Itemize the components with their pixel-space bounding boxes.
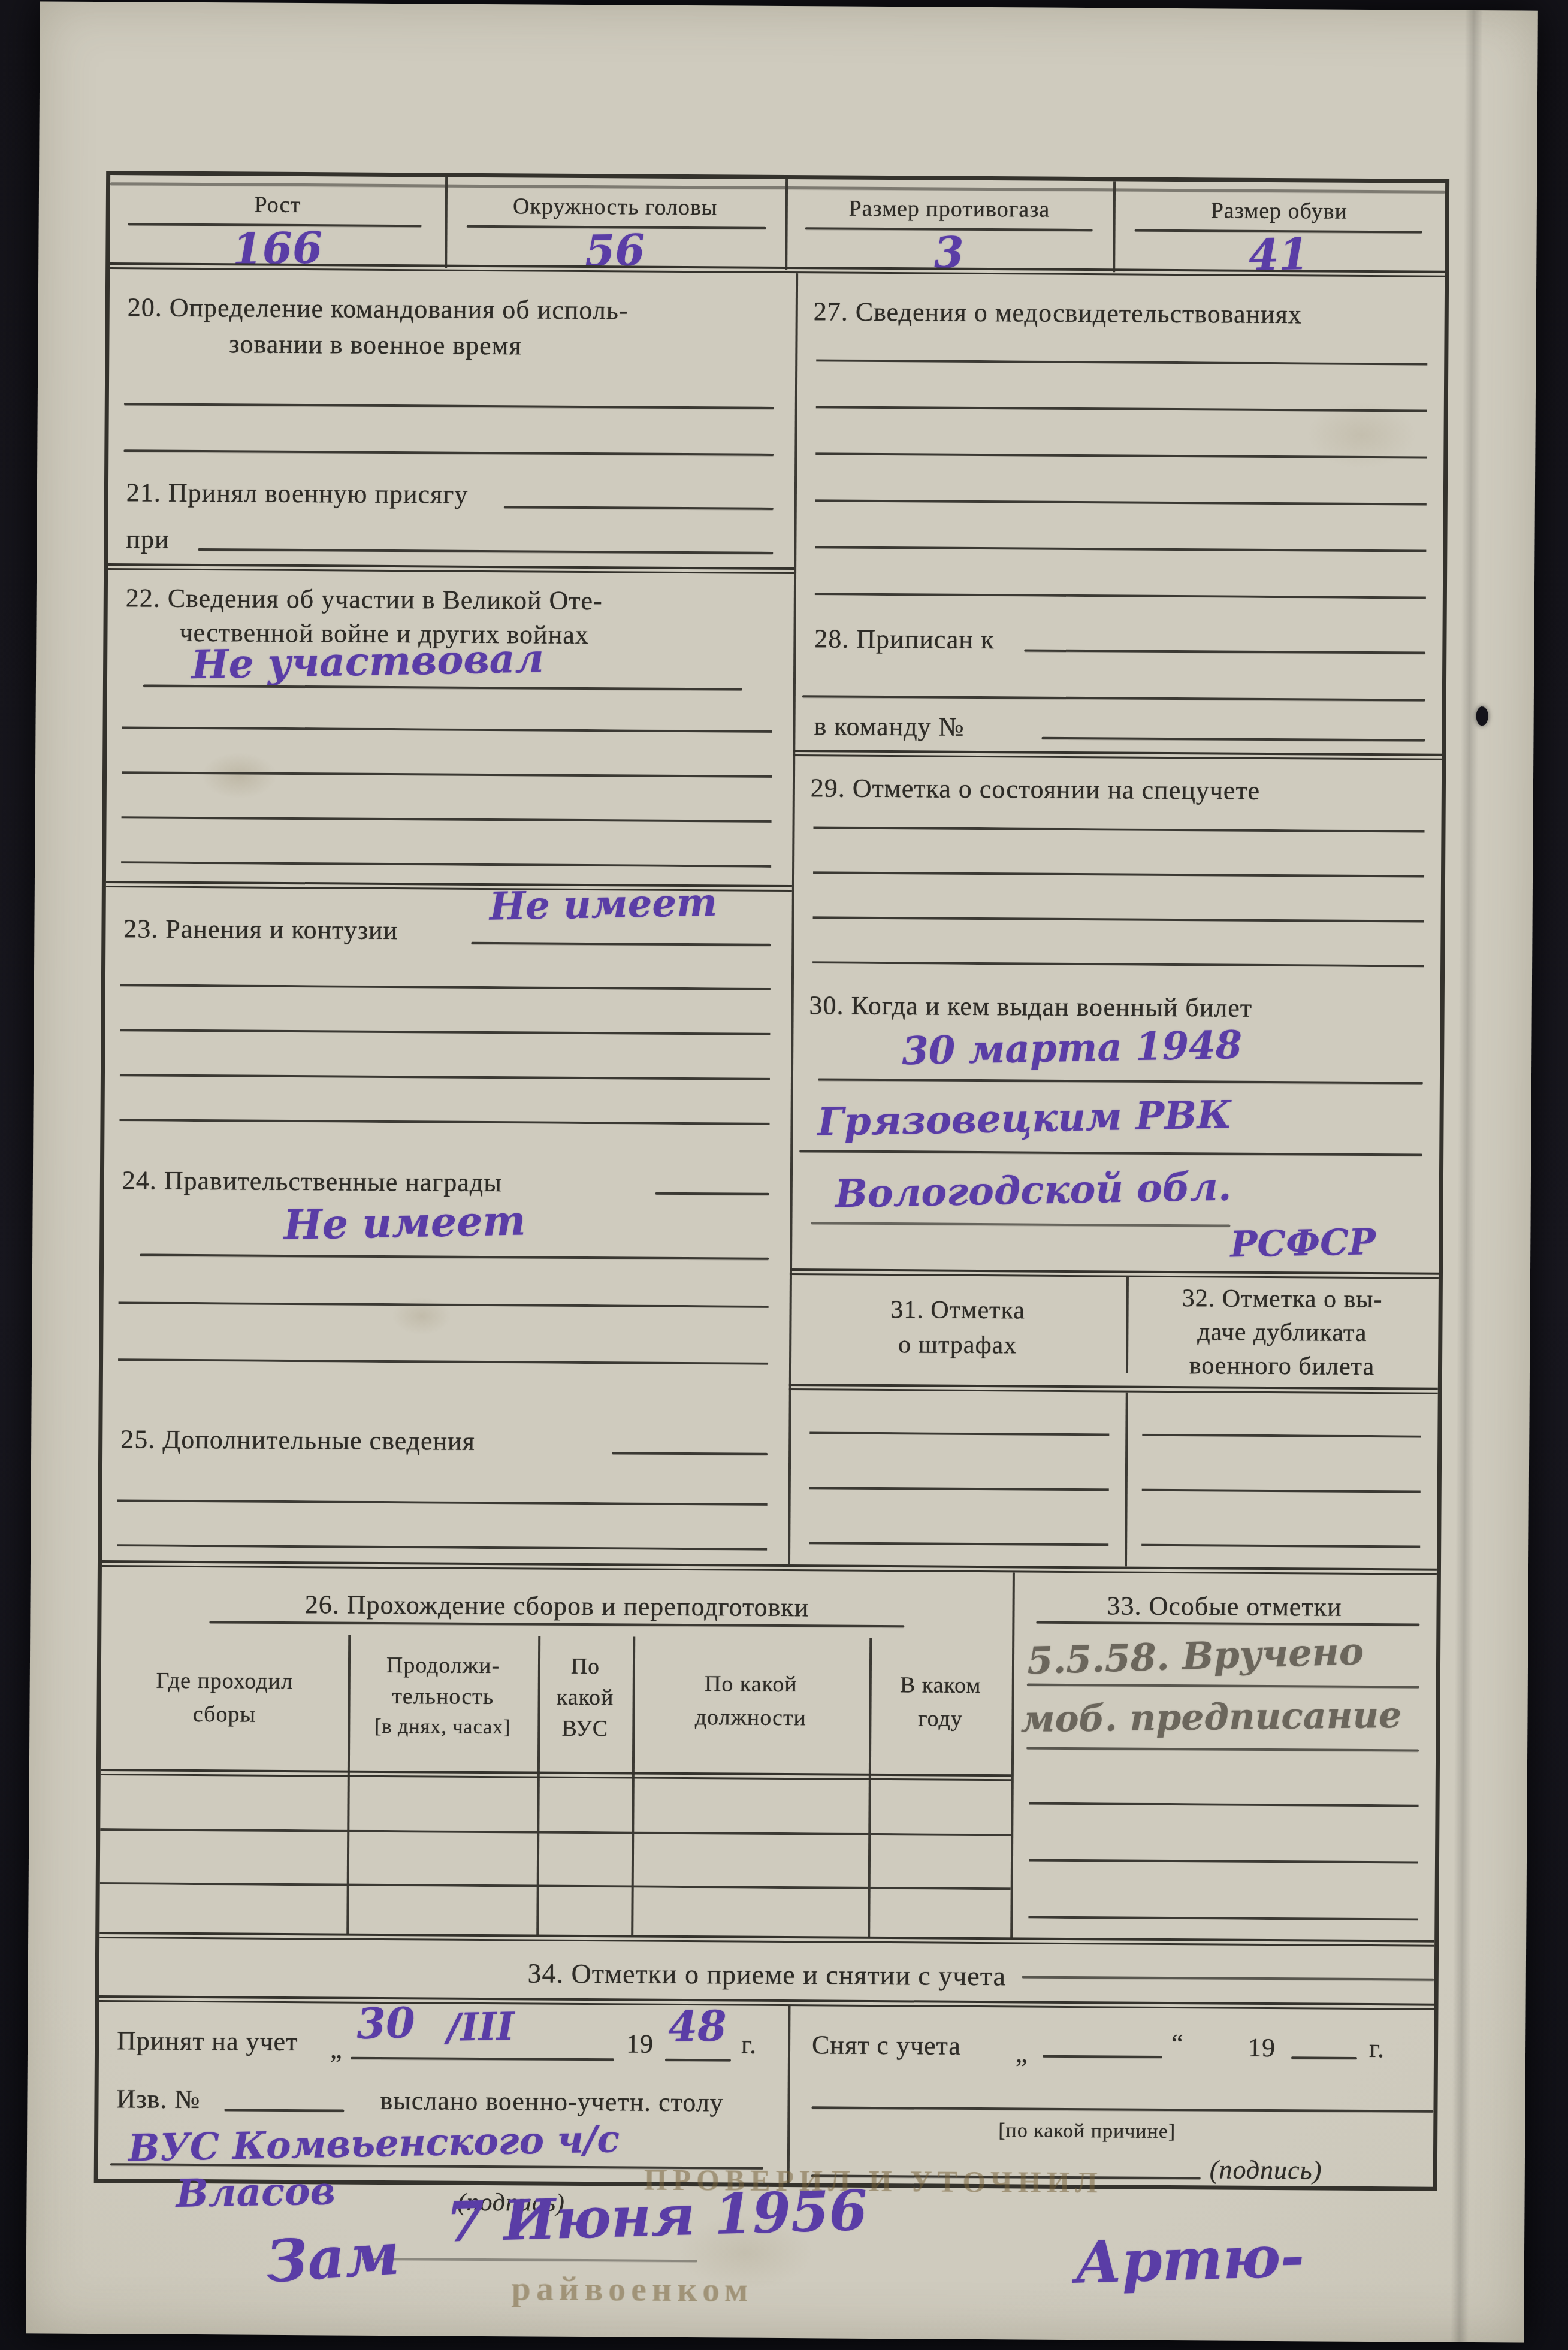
field-33-title: 33. Особые отметки xyxy=(1012,1590,1436,1623)
taken-day-handwritten: 30 xyxy=(356,1998,416,2049)
sbory-col3-header: ВУС xyxy=(537,1715,632,1742)
field-23-handwritten-value: Не имеет xyxy=(489,880,717,929)
section-divider xyxy=(108,563,794,574)
taken-year-handwritten: 48 xyxy=(668,2001,727,2052)
footer-stamp-line xyxy=(362,2258,697,2262)
field-34-title: 34. Отметки о приеме и снятии с учета xyxy=(99,1955,1434,1995)
field-28-label: 28. Приписан к xyxy=(814,623,994,655)
ruled-line xyxy=(802,695,1425,701)
removed-blank-line xyxy=(1043,2055,1162,2058)
head-circumference-label: Окружность головы xyxy=(445,193,785,221)
signature-caption-2: (подпись) xyxy=(1210,2154,1322,2185)
ruled-lines-group xyxy=(121,726,772,868)
field-23-blank-line xyxy=(471,942,771,946)
field-30-handwritten-rvk: Грязовецким РВК xyxy=(817,1092,1232,1145)
paper-crease xyxy=(1451,10,1483,2342)
field-33-handwritten-line1: 5.5.58. Вручено xyxy=(1026,1629,1364,1683)
footer-handwritten-date: 7 Июня 1956 xyxy=(445,2178,868,2255)
ruled-lines-group xyxy=(1028,1802,1418,1921)
field-31-label-line1: 31. Отметка xyxy=(789,1295,1126,1325)
field-21-label: 21. Принял военную присягу xyxy=(126,477,469,509)
ruled-line xyxy=(124,403,774,409)
field-25-label: 25. Дополнительные сведения xyxy=(120,1424,475,1457)
sbory-col5-header: году xyxy=(869,1705,1011,1732)
field-30-handwritten-date: 30 марта 1948 xyxy=(902,1023,1243,1074)
taken-on-register-label: Принят на учет xyxy=(117,2025,298,2057)
ruled-lines-group xyxy=(809,1431,1109,1546)
field-24-handwritten-value: Не имеет xyxy=(283,1197,526,1249)
ruled-line xyxy=(811,1222,1230,1227)
izv-number-blank-line xyxy=(224,2109,344,2112)
paper-hole xyxy=(1476,706,1488,726)
ruled-lines-group xyxy=(812,826,1424,967)
open-quote: „ xyxy=(330,2034,343,2064)
removed-from-register-label: Снят с учета xyxy=(812,2029,961,2061)
sbory-col2-header: [в днях, часах] xyxy=(348,1715,537,1739)
field-25-blank-line xyxy=(612,1452,768,1455)
field-30-label: 30. Когда и кем выдан военный билет xyxy=(809,990,1253,1023)
taken-year-suffix: г. xyxy=(741,2029,757,2060)
sbory-col4-header: должности xyxy=(632,1703,869,1731)
field-33-handwritten-line2: моб. предписание xyxy=(1020,1694,1402,1741)
ruled-line xyxy=(799,1150,1422,1156)
field-27-label: 27. Сведения о медосвидетельствованиях xyxy=(814,296,1302,330)
ruled-lines-group xyxy=(118,1301,769,1365)
ruled-line xyxy=(143,684,742,690)
rayvoenkom-stamp-text: райвоенком xyxy=(511,2268,753,2309)
taken-date-blank-line xyxy=(351,2057,614,2061)
sbory-col3-header: какой xyxy=(538,1684,633,1711)
sbory-col2-header: Продолжи- xyxy=(348,1652,538,1680)
izv-sent-label: выслано военно-учетн. столу xyxy=(380,2085,723,2118)
izv-handwritten-value: ВУС Комвьенского ч/с xyxy=(128,2117,620,2170)
form-frame: Рост Окружность головы Размер противогаз… xyxy=(94,171,1449,2191)
taken-month-handwritten: /III xyxy=(446,2004,515,2050)
field-28-team-label: в команду № xyxy=(814,711,964,742)
scanned-document-screen: Рост Окружность головы Размер противогаз… xyxy=(0,0,1568,2350)
field-24-label: 24. Правительственные награды xyxy=(122,1165,502,1198)
paper-sheet: Рост Окружность головы Размер противогаз… xyxy=(26,1,1538,2342)
field-24-blank-line xyxy=(655,1192,769,1195)
sbory-col4-header: По какой xyxy=(633,1670,869,1697)
field-34-divider xyxy=(787,2006,791,2183)
field-30-handwritten-rsfsr: РСФСР xyxy=(1230,1221,1376,1265)
band-top-rule xyxy=(102,1560,1437,1575)
sbory-col5-header: В каком xyxy=(869,1672,1012,1699)
signature-handwritten: Власов xyxy=(176,2168,336,2216)
ruled-lines-group xyxy=(117,1499,767,1551)
sbory-col1-header: Где проходил xyxy=(101,1667,348,1695)
ruled-lines-group xyxy=(119,984,770,1125)
field-28-blank-line xyxy=(1024,649,1425,654)
gas-mask-size-label: Размер противогаза xyxy=(785,195,1113,223)
section-divider xyxy=(793,750,1442,760)
field-21-pri-label: при xyxy=(126,524,169,554)
shoe-size-label: Размер обуви xyxy=(1113,197,1445,225)
removed-year-suffix: г. xyxy=(1369,2033,1385,2064)
ruled-lines-group xyxy=(1141,1434,1421,1549)
ruled-line xyxy=(811,2106,1433,2112)
main-column-divider xyxy=(788,273,798,1564)
sbory-col-divider xyxy=(536,1636,540,1937)
field-30-handwritten-oblast: Вологодской обл. xyxy=(835,1165,1232,1217)
sbory-header-rule xyxy=(101,1769,1011,1781)
ruled-line xyxy=(140,1253,769,1259)
field-22-handwritten-value: Не участвовал xyxy=(191,635,545,688)
ruled-line xyxy=(123,449,774,456)
sbory-col3-header: По xyxy=(538,1653,633,1680)
field-20-label-line2: зовании в военное время xyxy=(229,328,522,361)
fine-table-divider xyxy=(1125,1393,1128,1567)
section-divider xyxy=(790,1268,1439,1279)
taken-year-blank-line xyxy=(665,2059,731,2062)
ruled-line xyxy=(818,1078,1423,1084)
reason-caption: [по какой причине] xyxy=(877,2119,1297,2144)
field-32-label-line3: военного билета xyxy=(1126,1351,1438,1382)
removed-year-blank-line xyxy=(1291,2056,1357,2059)
ruled-line xyxy=(1027,1684,1419,1689)
removed-year-prefix: 19 xyxy=(1248,2032,1276,2063)
field-26-title: 26. Прохождение сборов и переподготовки xyxy=(101,1588,1012,1624)
footer-handwritten-signature: Артю- xyxy=(1074,2222,1305,2297)
sbory-row-lines xyxy=(100,1828,1011,1890)
taken-year-prefix: 19 xyxy=(626,2028,654,2059)
height-label: Рост xyxy=(110,191,445,219)
field-34-header-rule xyxy=(99,1995,1434,2010)
fine-table-header-rule xyxy=(789,1384,1438,1394)
field-29-label: 29. Отметка о состоянии на спецучете xyxy=(811,772,1261,806)
sbory-33-divider xyxy=(1010,1572,1015,1939)
sbory-col2-header: тельность xyxy=(348,1683,538,1711)
band-top-rule xyxy=(99,1932,1434,1947)
field-28-team-blank-line xyxy=(1041,737,1425,742)
sbory-col1-header: сборы xyxy=(101,1700,348,1729)
field-22-label-line1: 22. Сведения об участии в Великой Оте- xyxy=(126,582,603,616)
removed-open-quote: „ xyxy=(1016,2038,1028,2068)
removed-close-quote: “ xyxy=(1171,2028,1184,2059)
izv-number-label: Изв. № xyxy=(116,2083,200,2115)
ruled-lines-group xyxy=(815,359,1427,599)
field-31-label-line2: о штрафах xyxy=(789,1330,1126,1360)
field-32-label-line1: 32. Отметка о вы- xyxy=(1126,1284,1439,1315)
field-21-blank-line xyxy=(504,506,774,510)
ruled-line xyxy=(1026,1747,1419,1752)
footer-handwritten-zam: Зам xyxy=(264,2219,401,2295)
field-23-label: 23. Ранения и контузии xyxy=(123,913,398,946)
field-21-blank-line xyxy=(198,548,773,554)
field-20-label-line1: 20. Определение командования об исполь- xyxy=(128,292,629,325)
field-32-label-line2: даче дубликата xyxy=(1126,1318,1438,1348)
